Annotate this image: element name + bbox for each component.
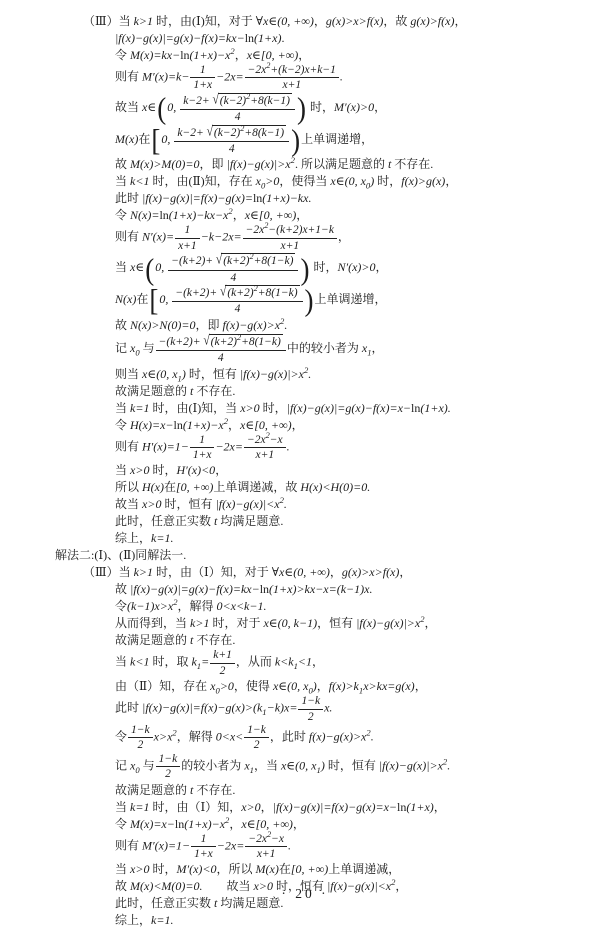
text-line: 令 M(x)=x−ln(1+x)−x2，x∈[0, +∞)， bbox=[115, 816, 576, 832]
text-line: （Ⅲ）当 k>1 时，由(Ⅰ)知，对于 ∀x∈(0, +∞)，g(x)>x>f(… bbox=[83, 13, 576, 29]
text-line: M(x)在[0, k−2+ √(k−2)2+8(k−1)4)上单调递增， bbox=[115, 125, 576, 156]
text-line: 则有 N′(x)=1x+1−k−2x=−2x2−(k+2)x+1−kx+1， bbox=[115, 224, 576, 252]
text-line: 综上，k=1. bbox=[115, 530, 576, 546]
text-line: N(x)在[0, −(k+2)+ √(k+2)2+8(1−k)4)上单调递增， bbox=[115, 285, 576, 316]
text-line: 综上，k=1. bbox=[115, 912, 576, 928]
text-line: 则当 x∈(0, x1) 时，恒有 |f(x)−g(x)|>x2. bbox=[115, 366, 576, 382]
text-line: 记 x0 与−(k+2)+ √(k+2)2+8(1−k)4中的较小者为 x1， bbox=[115, 334, 576, 365]
text-line: （Ⅲ）当 k>1 时，由（Ⅰ）知，对于 ∀x∈(0, +∞)，g(x)>x>f(… bbox=[83, 564, 576, 580]
text-line: 故当 x∈(0, k−2+ √(k−2)2+8(k−1)4) 时，M′(x)>0… bbox=[115, 93, 576, 124]
text-line: 此时 |f(x)−g(x)|=f(x)−g(x)>(k1−k)x=1−k2x. bbox=[115, 695, 576, 723]
text-line: 令 M(x)=kx−ln(1+x)−x2，x∈[0, +∞)， bbox=[115, 47, 576, 63]
text-line: 故满足题意的 t 不存在. bbox=[115, 632, 576, 648]
document-lines: （Ⅲ）当 k>1 时，由(Ⅰ)知，对于 ∀x∈(0, +∞)，g(x)>x>f(… bbox=[45, 13, 576, 929]
text-line: 令 N(x)=ln(1+x)−kx−x2，x∈[0, +∞)， bbox=[115, 207, 576, 223]
text-line: 当 k<1 时，取 k1=k+12，从而 k<k1<1， bbox=[115, 649, 576, 677]
text-line: 当 k<1 时，由(Ⅱ)知，存在 x0>0，使得当 x∈(0, x0) 时，f(… bbox=[115, 173, 576, 189]
text-line: 当 x∈(0, −(k+2)+ √(k+2)2+8(1−k)4) 时，N′(x)… bbox=[115, 253, 576, 284]
text-line: 记 x0 与1−k2的较小者为 x1，当 x∈(0, x1) 时，恒有 |f(x… bbox=[115, 753, 576, 781]
text-line: 解法二:(Ⅰ)、(Ⅱ)同解法一. bbox=[55, 547, 576, 563]
text-line: 当 x>0 时，M′(x)<0，所以 M(x)在[0, +∞)上单调递减， bbox=[115, 861, 576, 877]
text-line: 令(k−1)x>x2，解得 0<x<k−1. bbox=[115, 598, 576, 614]
text-line: 此时，任意正实数 t 均满足题意. bbox=[115, 513, 576, 529]
text-line: 故 |f(x)−g(x)|=g(x)−f(x)=kx−ln(1+x)>kx−x=… bbox=[115, 581, 576, 597]
text-line: 令1−k2x>x2，解得 0<x<1−k2，此时 f(x)−g(x)>x2. bbox=[115, 724, 576, 752]
text-line: |f(x)−g(x)|=g(x)−f(x)=kx−ln(1+x). bbox=[115, 30, 576, 46]
text-line: 则有 M′(x)=1−11+x−2x=−2x2−xx+1. bbox=[115, 833, 576, 861]
text-line: 当 x>0 时，H′(x)<0， bbox=[115, 462, 576, 478]
text-line: 由（Ⅱ）知，存在 x0>0，使得 x∈(0, x0)，f(x)>k1x>kx=g… bbox=[115, 678, 576, 694]
text-line: 故当 x>0 时，恒有 |f(x)−g(x)|<x2. bbox=[115, 496, 576, 512]
text-line: 故 N(x)>N(0)=0，即 f(x)−g(x)>x2. bbox=[115, 317, 576, 333]
page-number: · 20 · bbox=[0, 886, 610, 902]
text-line: 则有 M′(x)=k−11+x−2x=−2x2+(k−2)x+k−1x+1. bbox=[115, 64, 576, 92]
text-line: 此时 |f(x)−g(x)|=f(x)−g(x)=ln(1+x)−kx. bbox=[115, 190, 576, 206]
text-line: 所以 H(x)在[0, +∞)上单调递减，故 H(x)<H(0)=0. bbox=[115, 479, 576, 495]
scanned-math-solution-page: （Ⅲ）当 k>1 时，由(Ⅰ)知，对于 ∀x∈(0, +∞)，g(x)>x>f(… bbox=[0, 0, 610, 930]
text-line: 令 H(x)=x−ln(1+x)−x2，x∈[0, +∞)， bbox=[115, 417, 576, 433]
text-line: 故满足题意的 t 不存在. bbox=[115, 782, 576, 798]
text-line: 当 k=1 时，由(Ⅰ)知，当 x>0 时，|f(x)−g(x)|=g(x)−f… bbox=[115, 400, 576, 416]
text-line: 当 k=1 时，由（Ⅰ）知，x>0，|f(x)−g(x)|=f(x)−g(x)=… bbox=[115, 799, 576, 815]
text-line: 则有 H′(x)=1−11+x−2x=−2x2−xx+1. bbox=[115, 434, 576, 462]
text-line: 故 M(x)>M(0)=0，即 |f(x)−g(x)|>x2. 所以满足题意的 … bbox=[115, 156, 576, 172]
text-line: 故满足题意的 t 不存在. bbox=[115, 383, 576, 399]
text-line: 从而得到，当 k>1 时，对于 x∈(0, k−1)，恒有 |f(x)−g(x)… bbox=[115, 615, 576, 631]
